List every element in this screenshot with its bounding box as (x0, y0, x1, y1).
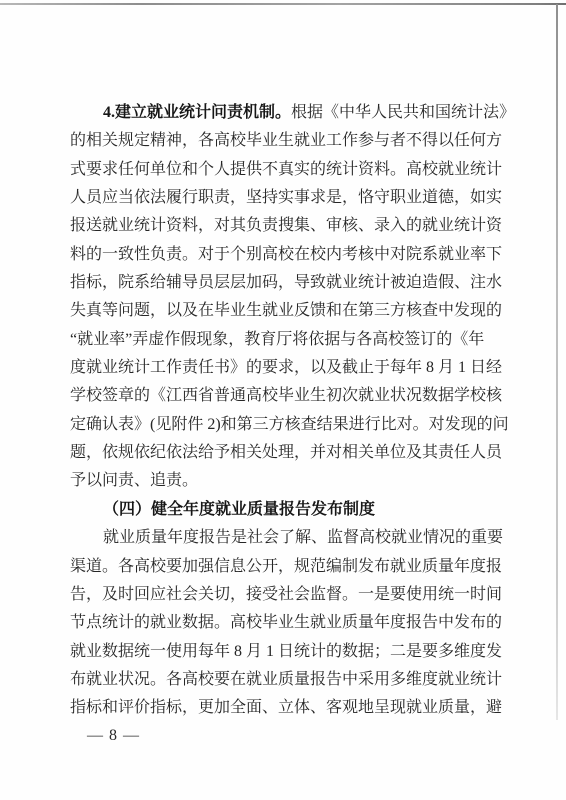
text-line: 式要求任何单位和个人提供不真实的统计资料。高校就业统计 (70, 156, 510, 184)
text-line: 告，及时回应社会关切，接受社会监督。一是要使用统一时间 (70, 581, 510, 609)
text-line: 就业数据统一使用每年 8 月 1 日统计的数据；二是要多维度发 (70, 638, 510, 666)
page-number: — 8 — (87, 722, 140, 750)
text-line: 料的一致性负责。对于个别高校在校内考核中对院系就业率下 (70, 241, 510, 269)
text-line: 题，依规依纪依法给予相关处理，并对相关单位及其责任人员 (70, 439, 510, 467)
text-line: 报送就业统计资料，对其负责搜集、审核、录入的就业统计资 (70, 212, 510, 240)
text-line: 指标和评价指标，更加全面、立体、客观地呈现就业质量，避 (70, 694, 510, 722)
text-line: 予以问责、追责。 (70, 467, 510, 495)
text-line: 就业质量年度报告是社会了解、监督高校就业情况的重要 (70, 524, 510, 552)
text-line: 学校签章的《江西省普通高校毕业生初次就业状况数据学校核 (70, 382, 510, 410)
section-heading-4: （四）健全年度就业质量报告发布制度 (70, 496, 510, 524)
text-line: 定确认表》(见附件 2)和第三方核查结果进行比对。对发现的问 (70, 411, 510, 439)
scan-edge-right-line (556, 4, 558, 720)
text-line: 失真等问题，以及在毕业生就业反馈和在第三方核查中发现的 (70, 297, 510, 325)
paragraph-4-lead-rest: 根据《中华人民共和国统计法》 (291, 104, 515, 121)
text-line: 度就业统计工作责任书》的要求，以及截止于每年 8 月 1 日经 (70, 354, 510, 382)
text-line: “就业率”弄虚作假现象，教育厅将依据与各高校签订的《年 (70, 326, 510, 354)
text-line: 指标，院系给辅导员层层加码，导致就业统计被迫造假、注水 (70, 269, 510, 297)
text-line: 布就业状况。各高校要在就业质量报告中采用多维度就业统计 (70, 666, 510, 694)
document-body: 4.建立就业统计问责机制。根据《中华人民共和国统计法》 的相关规定精神，各高校毕… (70, 99, 510, 723)
text-line: 节点统计的就业数据。高校毕业生就业质量年度报告中发布的 (70, 609, 510, 637)
paragraph-4-inline-heading: 4.建立就业统计问责机制。 (103, 104, 291, 121)
scan-edge-top-line (0, 3, 566, 5)
paragraph-4-lead-line: 4.建立就业统计问责机制。根据《中华人民共和国统计法》 (70, 99, 510, 127)
text-line: 人员应当依法履行职责，坚持实事求是，恪守职业道德，如实 (70, 184, 510, 212)
document-page: 4.建立就业统计问责机制。根据《中华人民共和国统计法》 的相关规定精神，各高校毕… (0, 0, 566, 800)
text-line: 渠道。各高校要加强信息公开，规范编制发布就业质量年度报 (70, 553, 510, 581)
text-line: 的相关规定精神，各高校毕业生就业工作参与者不得以任何方 (70, 127, 510, 155)
